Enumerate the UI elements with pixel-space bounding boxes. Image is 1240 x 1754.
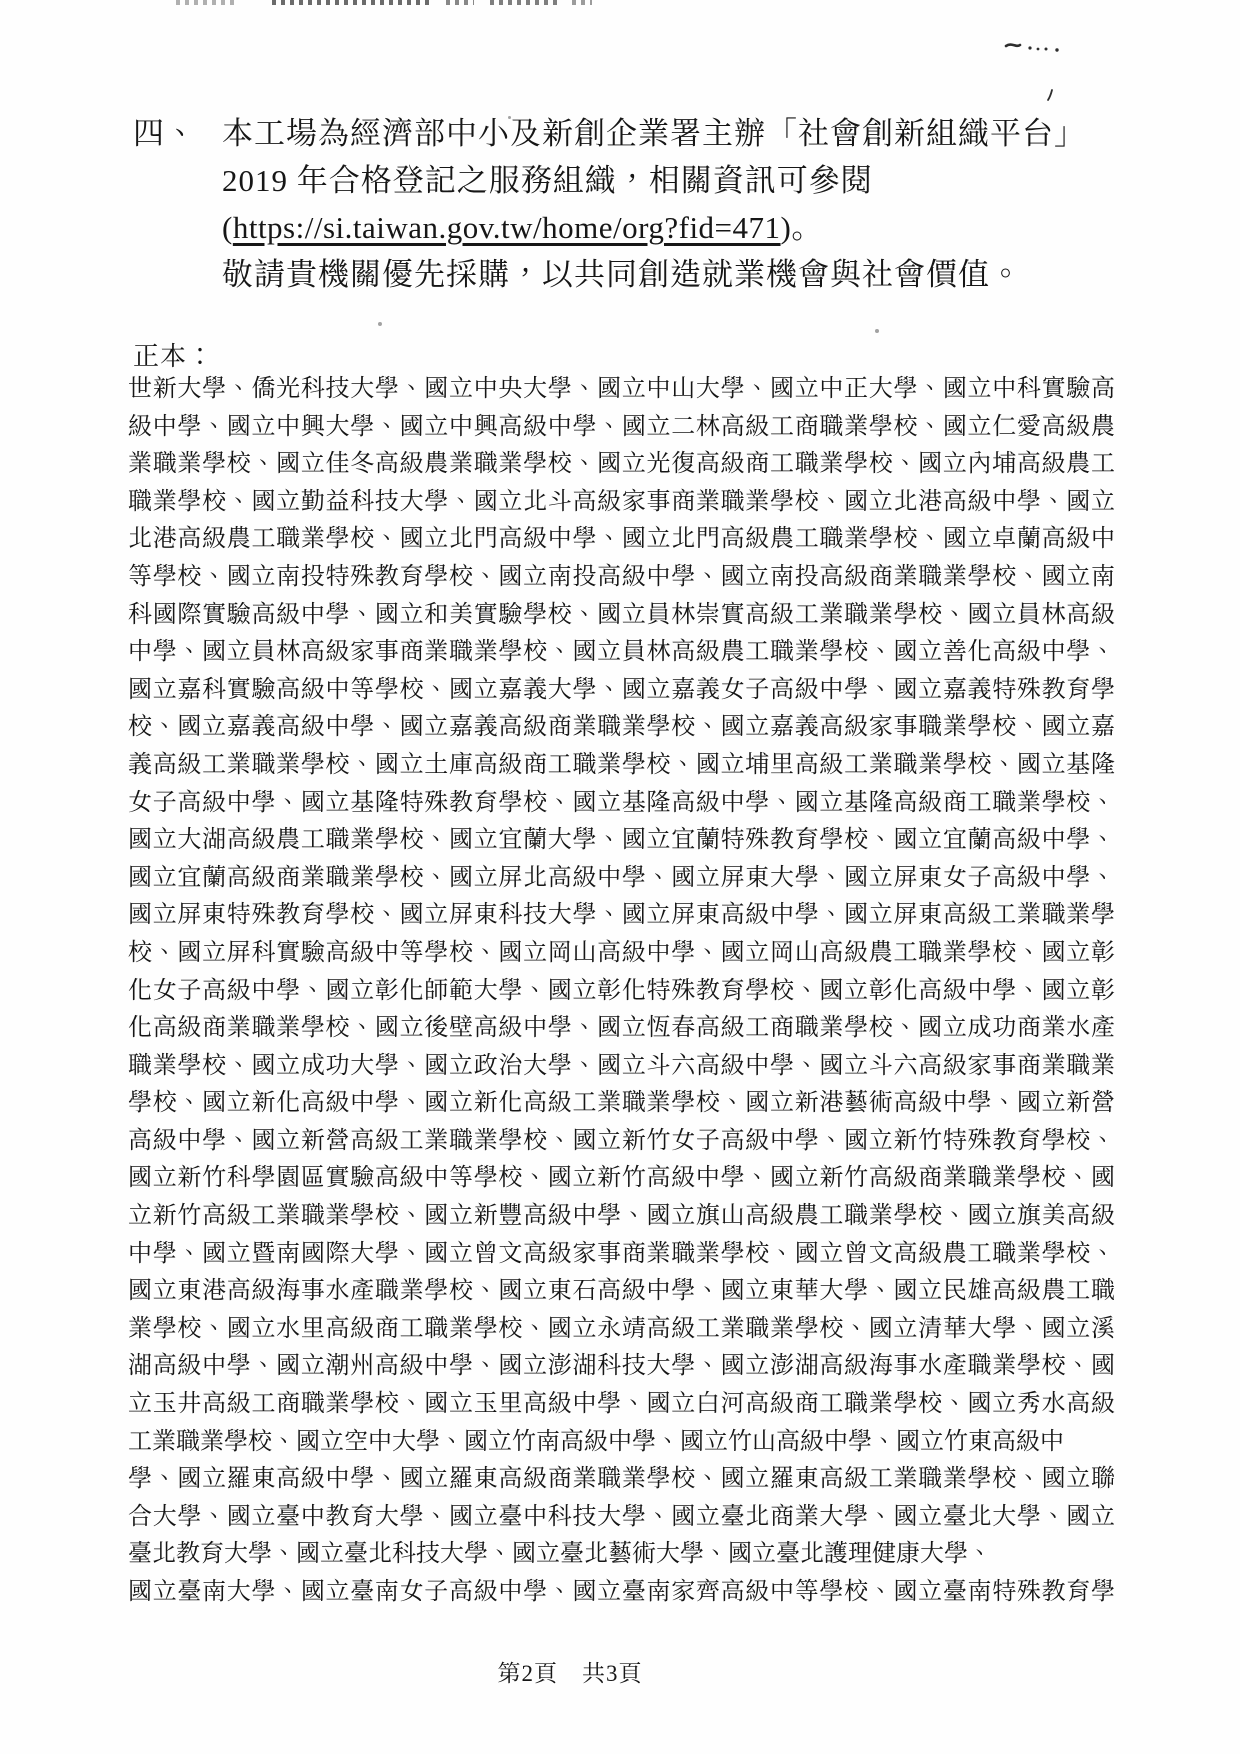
recipient-line: 國立東港高級海事水產職業學校、國立東石高級中學、國立東華大學、國立民雄高級農工職 <box>128 1273 1115 1311</box>
scanned-document-page: 四、 本工場為經濟部中小及新創企業署主辦「社會創新組織平台」 2019 年合格登… <box>0 0 1240 1754</box>
scan-artifact <box>572 0 592 5</box>
recipient-line: 湖高級中學、國立潮州高級中學、國立澎湖科技大學、國立澎湖高級海事水產職業學校、國 <box>128 1348 1115 1386</box>
recipient-line: 業職業學校、國立佳冬高級農業職業學校、國立光復高級商工職業學校、國立內埔高級農工 <box>128 446 1115 484</box>
item-number-marker: 四、 <box>133 110 222 157</box>
recipient-line: 國立臺南大學、國立臺南女子高級中學、國立臺南家齊高級中等學校、國立臺南特殊教育學 <box>128 1574 1115 1612</box>
recipient-line: 校、國立屏科實驗高級中等學校、國立岡山高級中學、國立岡山高級農工職業學校、國立彰 <box>128 935 1115 973</box>
recipient-line: 女子高級中學、國立基隆特殊教育學校、國立基隆高級中學、國立基隆高級商工職業學校、 <box>128 785 1115 823</box>
recipient-line: 國立嘉科實驗高級中等學校、國立嘉義大學、國立嘉義女子高級中學、國立嘉義特殊教育學 <box>128 672 1115 710</box>
recipient-line: 化高級商業職業學校、國立後壁高級中學、國立恆春高級工商職業學校、國立成功商業水產 <box>128 1010 1115 1048</box>
url-open-paren: ( <box>222 210 233 245</box>
scan-speck <box>378 322 382 326</box>
recipient-line: 業學校、國立水里高級商工職業學校、國立永靖高級工業職業學校、國立清華大學、國立溪 <box>128 1311 1115 1349</box>
scan-artifact <box>176 0 238 5</box>
recipient-line: 國立新竹科學園區實驗高級中等學校、國立新竹高級中學、國立新竹高級商業職業學校、國 <box>128 1160 1115 1198</box>
item-four-line-2: 2019 年合格登記之服務組織，相關資訊可參閱 <box>222 157 1118 204</box>
recipient-line: 工業職業學校、國立空中大學、國立竹南高級中學、國立竹山高級中學、國立竹東高級中 <box>128 1424 1115 1462</box>
recipient-line: 合大學、國立臺中教育大學、國立臺中科技大學、國立臺北商業大學、國立臺北大學、國立 <box>128 1499 1115 1537</box>
recipient-line: 立玉井高級工商職業學校、國立玉里高級中學、國立白河高級商工職業學校、國立秀水高級 <box>128 1386 1115 1424</box>
scan-artifact <box>490 0 562 5</box>
recipient-line: 等學校、國立南投特殊教育學校、國立南投高級中學、國立南投高級商業職業學校、國立南 <box>128 559 1115 597</box>
recipient-line: 中學、國立員林高級家事商業職業學校、國立員林高級農工職業學校、國立善化高級中學、 <box>128 634 1115 672</box>
recipient-line: 義高級工業職業學校、國立土庫高級商工職業學校、國立埔里高級工業職業學校、國立基隆 <box>128 747 1115 785</box>
recipient-line: 高級中學、國立新營高級工業職業學校、國立新竹女子高級中學、國立新竹特殊教育學校、 <box>128 1123 1115 1161</box>
url-close-paren: )。 <box>781 210 823 245</box>
page-number-footer: 第2頁 共3頁 <box>128 1655 1012 1688</box>
recipient-line: 國立大湖高級農工職業學校、國立宜蘭大學、國立宜蘭特殊教育學校、國立宜蘭高級中學、 <box>128 822 1115 860</box>
section-item-four: 四、 本工場為經濟部中小及新創企業署主辦「社會創新組織平台」 2019 年合格登… <box>133 110 1118 298</box>
recipients-label: 正本： <box>133 336 214 373</box>
item-four-line-1: 本工場為經濟部中小及新創企業署主辦「社會創新組織平台」 <box>222 110 1118 157</box>
recipient-line: 職業學校、國立成功大學、國立政治大學、國立斗六高級中學、國立斗六高級家事商業職業 <box>128 1048 1115 1086</box>
recipient-line: 職業學校、國立勤益科技大學、國立北斗高級家事商業職業學校、國立北港高級中學、國立 <box>128 484 1115 522</box>
recipient-line: 世新大學、僑光科技大學、國立中央大學、國立中山大學、國立中正大學、國立中科實驗高 <box>128 371 1115 409</box>
recipient-line: 級中學、國立中興大學、國立中興高級中學、國立二林高級工商職業學校、國立仁愛高級農 <box>128 409 1115 447</box>
recipient-line: 學、國立羅東高級中學、國立羅東高級商業職業學校、國立羅東高級工業職業學校、國立聯 <box>128 1461 1115 1499</box>
scan-speck <box>875 329 879 333</box>
recipient-line: 國立屏東特殊教育學校、國立屏東科技大學、國立屏東高級中學、國立屏東高級工業職業學 <box>128 897 1115 935</box>
url-link[interactable]: https://si.taiwan.gov.tw/home/org?fid=47… <box>233 210 781 245</box>
recipient-line: 立新竹高級工業職業學校、國立新豐高級中學、國立旗山高級農工職業學校、國立旗美高級 <box>128 1198 1115 1236</box>
recipient-line: 科國際實驗高級中學、國立和美實驗學校、國立員林崇實高級工業職業學校、國立員林高級 <box>128 597 1115 635</box>
recipients-list: 世新大學、僑光科技大學、國立中央大學、國立中山大學、國立中正大學、國立中科實驗高… <box>128 371 1115 1612</box>
recipient-line: 北港高級農工職業學校、國立北門高級中學、國立北門高級農工職業學校、國立卓蘭高級中 <box>128 521 1115 559</box>
recipient-line: 化女子高級中學、國立彰化師範大學、國立彰化特殊教育學校、國立彰化高級中學、國立彰 <box>128 973 1115 1011</box>
recipient-line: 校、國立嘉義高級中學、國立嘉義高級商業職業學校、國立嘉義高級家事職業學校、國立嘉 <box>128 709 1115 747</box>
item-four-line-4: 敬請貴機關優先採購，以共同創造就業機會與社會價值。 <box>222 251 1118 298</box>
recipient-line: 國立宜蘭高級商業職業學校、國立屏北高級中學、國立屏東大學、國立屏東女子高級中學、 <box>128 860 1115 898</box>
recipient-line: 臺北教育大學、國立臺北科技大學、國立臺北藝術大學、國立臺北護理健康大學、 <box>128 1536 1115 1574</box>
pen-mark <box>1004 36 1068 64</box>
scan-artifact <box>446 0 474 5</box>
recipient-line: 中學、國立暨南國際大學、國立曾文高級家事商業職業學校、國立曾文高級農工職業學校、 <box>128 1236 1115 1274</box>
item-four-url-line: (https://si.taiwan.gov.tw/home/org?fid=4… <box>222 204 1118 251</box>
pen-tick-mark <box>1046 88 1056 102</box>
scan-artifact <box>272 0 432 5</box>
recipient-line: 學校、國立新化高級中學、國立新化高級工業職業學校、國立新港藝術高級中學、國立新營 <box>128 1085 1115 1123</box>
